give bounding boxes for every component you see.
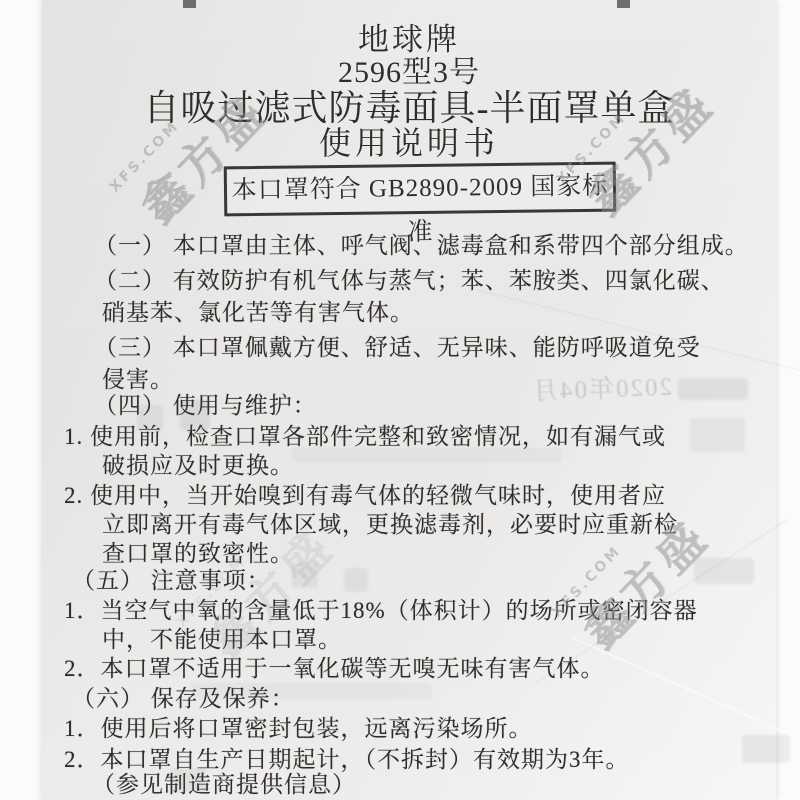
text-line: 查口罩的致密性。 bbox=[102, 541, 294, 567]
ghost-showthrough-block bbox=[690, 418, 745, 452]
text-line: 1．当空气中氧的含量低于18%（体积计）的场所或密闭容器 bbox=[64, 598, 698, 624]
text-line: 2. 使用中，当开始嗅到有毒气体的轻微气味时，使用者应 bbox=[64, 483, 666, 509]
stain-blob bbox=[344, 568, 368, 592]
ghost-showthrough-block bbox=[742, 735, 790, 763]
text-line: （一） 本口罩由主体、呼气阀、滤毒盒和系带四个部分组成。 bbox=[94, 233, 749, 259]
document-type: 使用说明书 bbox=[42, 118, 776, 164]
stain-blob bbox=[292, 562, 318, 588]
text-line: （四） 使用与维护： bbox=[94, 393, 317, 419]
photo-stage: 地球牌 2596型3号 自吸过滤式防毒面具-半面罩单盒 使用说明书 本口罩符合 … bbox=[0, 0, 800, 800]
text-line: 硝基苯、氯化苦等有害气体。 bbox=[102, 300, 414, 326]
ghost-showthrough-block bbox=[678, 378, 748, 400]
paper-crease bbox=[573, 637, 800, 745]
standard-compliance-box: 本口罩符合 GB2890-2009 国家标准 bbox=[224, 162, 617, 217]
text-line: 破损应及时更换。 bbox=[102, 453, 294, 479]
text-line: （二） 有效防护有机气体与蒸气；苯、苯胺类、四氯化碳、 bbox=[94, 268, 725, 294]
ghost-showthrough-date: 2020年04月 bbox=[481, 367, 672, 410]
text-line: （参见制造商提供信息） bbox=[92, 772, 356, 798]
text-line: 1. 使用前，检查口罩各部件完整和致密情况，如有漏气或 bbox=[64, 424, 666, 450]
text-line: 1．使用后将口罩密封包装，远离污染场所。 bbox=[64, 716, 533, 742]
text-line: 侵害。 bbox=[102, 367, 174, 393]
text-line: （三） 本口罩佩戴方便、舒适、无异味、能防呼吸道免受 bbox=[94, 335, 701, 361]
text-line: 立即离开有毒气体区域，更换滤毒剂，必要时应重新检 bbox=[102, 512, 678, 538]
text-line: 2．本口罩自生产日期起计，（不拆封）有效期为3年。 bbox=[64, 747, 630, 773]
ghost-showthrough-block bbox=[292, 448, 562, 462]
text-line: （五） 注意事项： bbox=[72, 568, 271, 594]
text-line: （六） 保存及保养： bbox=[72, 686, 295, 712]
text-line: 中，不能使用本口罩。 bbox=[102, 627, 342, 653]
ghost-showthrough-block bbox=[694, 558, 754, 584]
instruction-sheet: 地球牌 2596型3号 自吸过滤式防毒面具-半面罩单盒 使用说明书 本口罩符合 … bbox=[42, 0, 776, 800]
text-line: 2．本口罩不适用于一氧化碳等无嗅无味有害气体。 bbox=[64, 656, 605, 682]
